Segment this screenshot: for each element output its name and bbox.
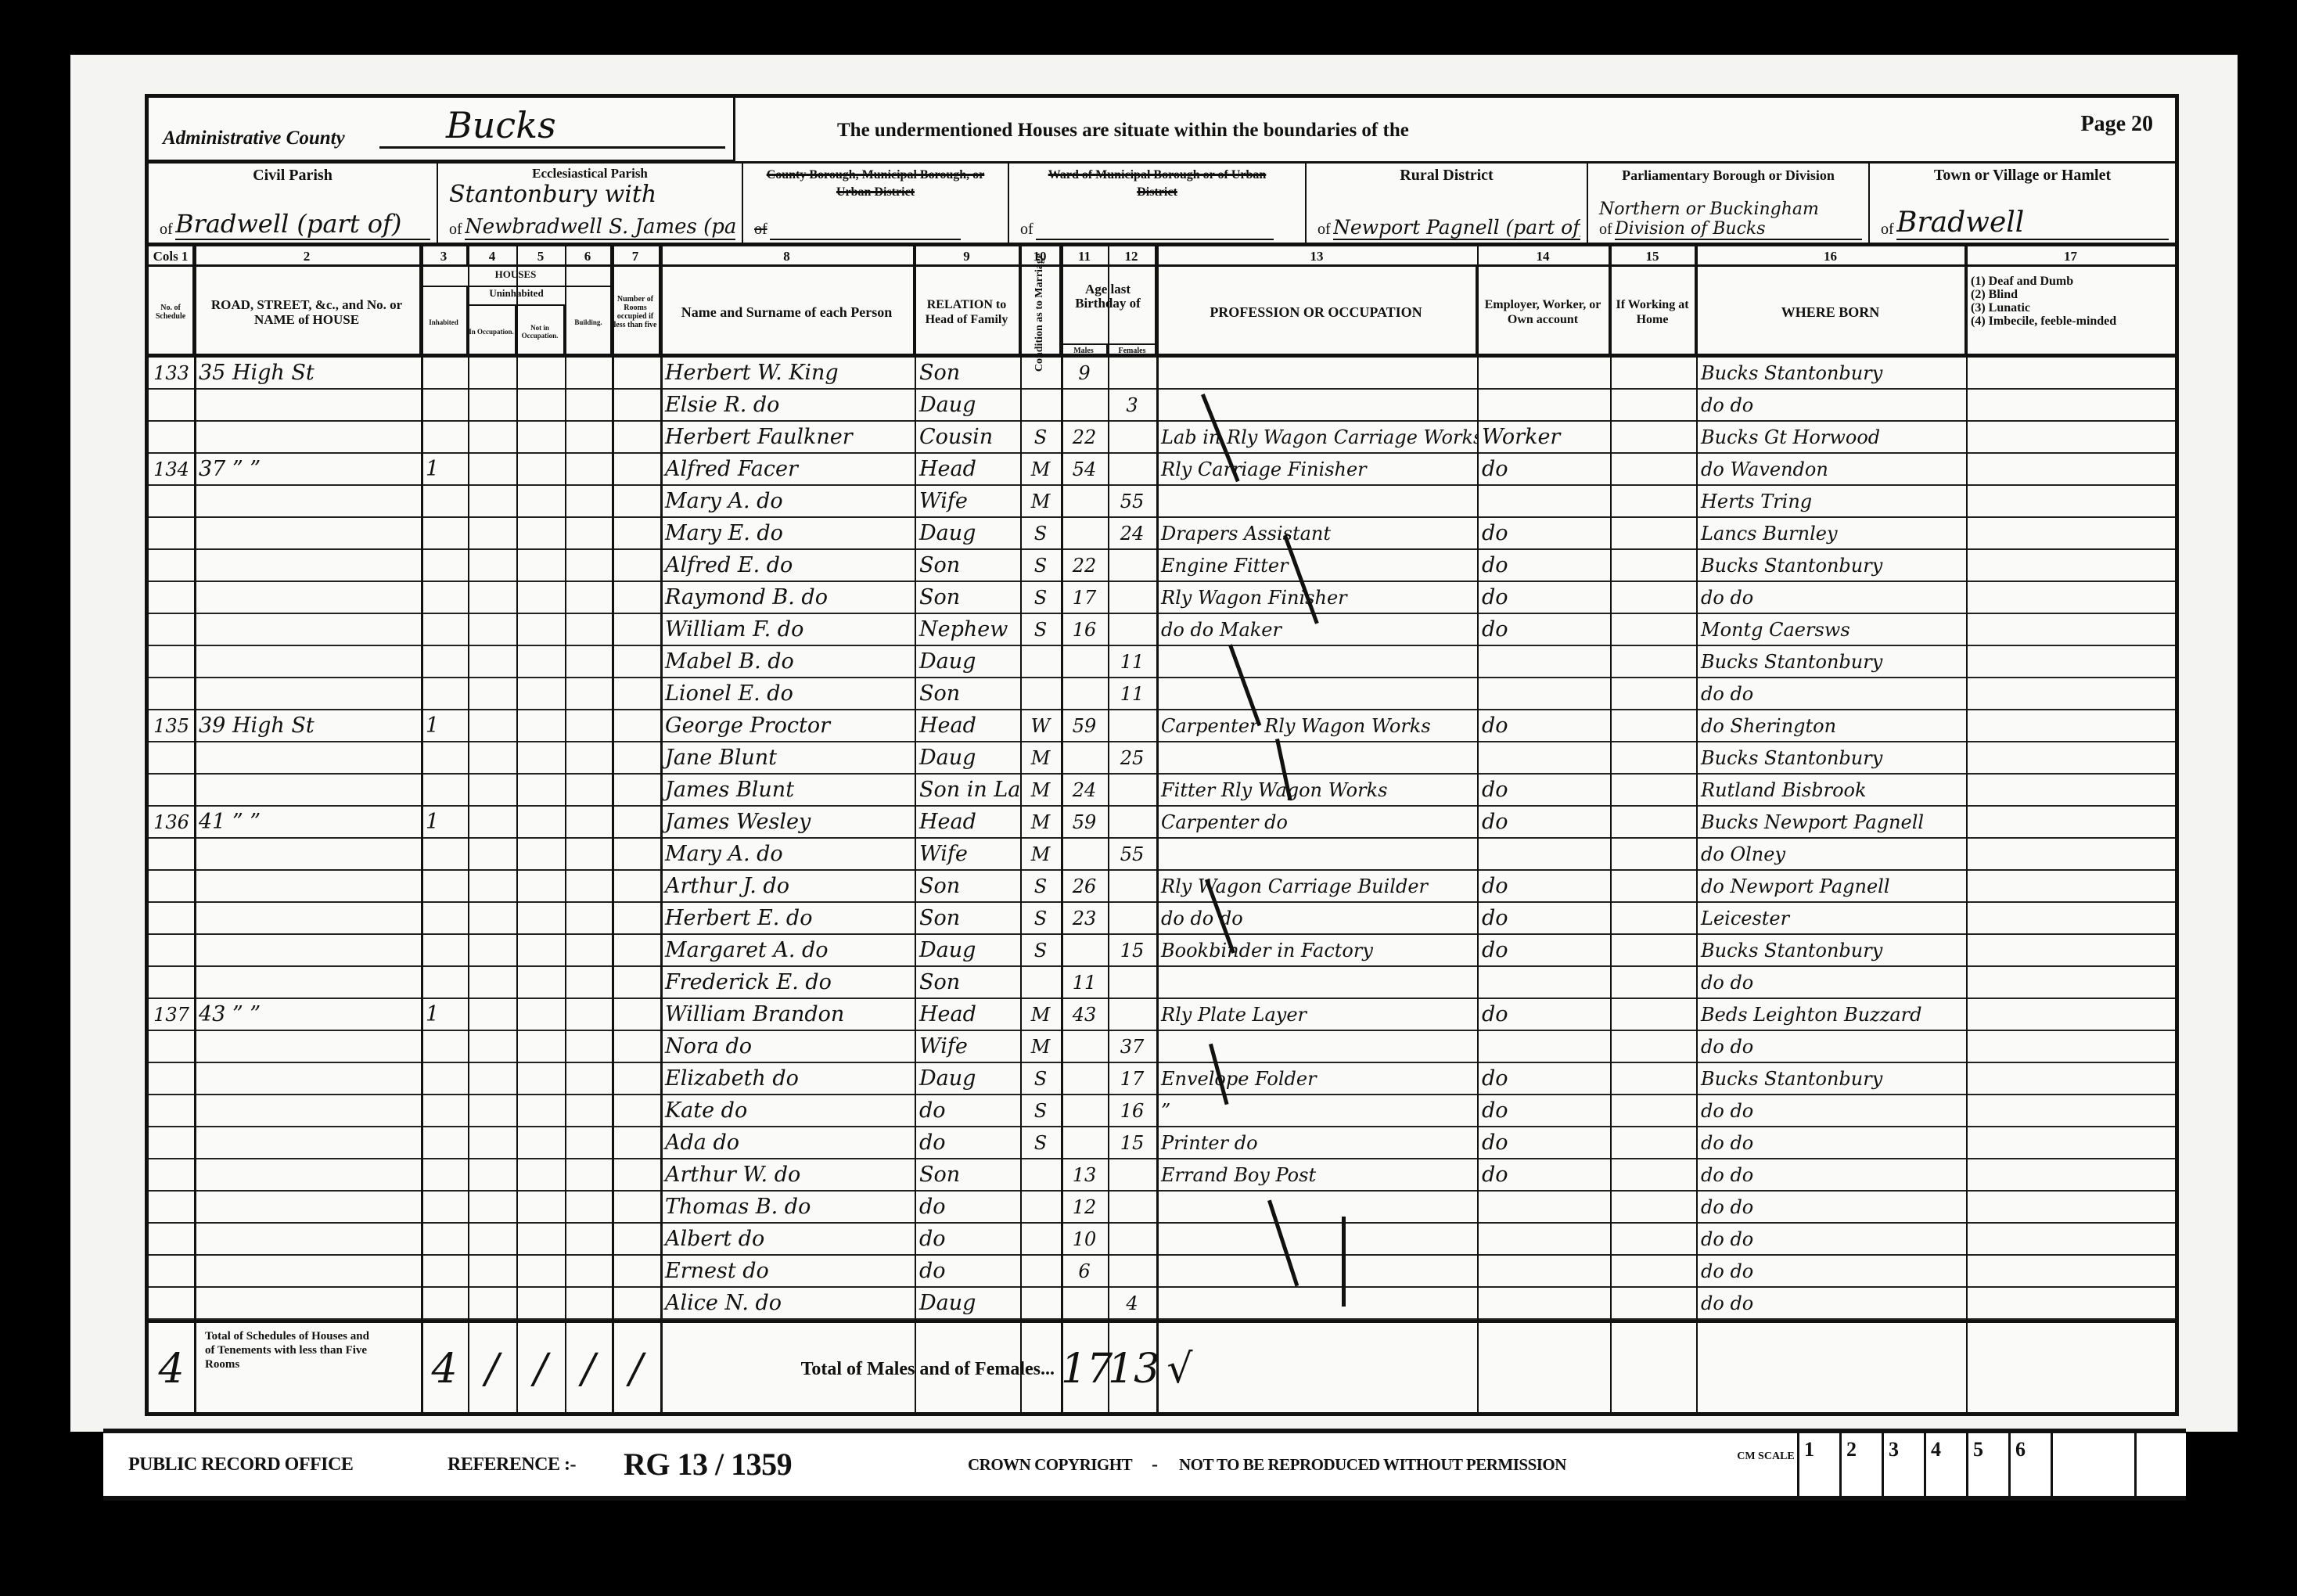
row-age-male: 59 — [1061, 807, 1108, 837]
row-age-male: 24 — [1061, 775, 1108, 805]
row-relation: do — [915, 1256, 1020, 1286]
row-where-born: Bucks Stantonbury — [1696, 358, 1966, 388]
row-age-male — [1061, 1095, 1108, 1126]
ecclesiastical-parish-value-line1: Stantonbury with — [449, 181, 735, 208]
row-address — [194, 422, 421, 452]
row-inhabited — [421, 486, 468, 516]
table-row: Alfred E. doSonS22Engine FitterdoBucks S… — [149, 550, 2175, 582]
table-row: Mary E. doDaugS24Drapers AssistantdoLanc… — [149, 518, 2175, 550]
row-age-female — [1108, 775, 1156, 805]
row-address — [194, 582, 421, 613]
row-where-born: do do — [1696, 390, 1966, 420]
county-borough-label: County Borough, Municipal Borough, or Ur… — [743, 167, 1008, 201]
row-condition — [1020, 358, 1061, 388]
row-name: Herbert Faulkner — [660, 422, 915, 452]
column-divider — [194, 246, 196, 1412]
row-occupation — [1156, 1192, 1477, 1222]
row-employer: do — [1477, 582, 1610, 613]
scale-mark: 5 — [1966, 1433, 2008, 1496]
row-relation: Head — [915, 454, 1020, 484]
row-inhabited — [421, 871, 468, 901]
row-condition — [1020, 1288, 1061, 1318]
table-row: Raymond B. doSonS17Rly Wagon Finisherdod… — [149, 582, 2175, 614]
of-label: of — [1317, 221, 1331, 239]
row-employer — [1477, 358, 1610, 388]
total-males: 17 — [1061, 1323, 1108, 1415]
row-name: James Blunt — [660, 775, 915, 805]
row-address — [194, 390, 421, 420]
row-employer: do — [1477, 1063, 1610, 1094]
row-occupation: Rly Carriage Finisher — [1156, 454, 1477, 484]
col-number: 12 — [1108, 246, 1156, 267]
row-schedule: 137 — [149, 999, 194, 1030]
header-in-occupation: In Occupation. — [468, 306, 516, 358]
row-relation: Daug — [915, 742, 1020, 773]
civil-parish-value: Bradwell (part of) — [175, 209, 430, 240]
row-age-female — [1108, 454, 1156, 484]
row-address — [194, 742, 421, 773]
row-occupation — [1156, 486, 1477, 516]
row-age-male: 26 — [1061, 871, 1108, 901]
column-divider — [1477, 246, 1479, 1412]
row-occupation: Carpenter Rly Wagon Works — [1156, 710, 1477, 741]
row-occupation — [1156, 358, 1477, 388]
row-where-born: do do — [1696, 1127, 1966, 1158]
permission-label: NOT TO BE REPRODUCED WITHOUT PERMISSION — [1179, 1433, 1566, 1496]
row-age-male: 9 — [1061, 358, 1108, 388]
rural-district-value: Newport Pagnell (part of) — [1333, 216, 1580, 240]
census-rows: 13335 High StHerbert W. KingSon9Bucks St… — [149, 358, 2175, 1320]
row-age-female: 37 — [1108, 1031, 1156, 1062]
row-inhabited: 1 — [421, 807, 468, 837]
row-address — [194, 1256, 421, 1286]
office-label: PUBLIC RECORD OFFICE — [128, 1433, 353, 1496]
row-age-male: 22 — [1061, 550, 1108, 581]
reference-label: REFERENCE :- — [448, 1433, 576, 1496]
row-name: Arthur W. do — [660, 1159, 915, 1190]
column-numbers: Cols 1 2 3 4 5 6 7 8 9 10 11 12 13 14 15… — [149, 246, 2175, 267]
column-divider — [612, 246, 614, 1412]
row-relation: Wife — [915, 1031, 1020, 1062]
row-schedule: 133 — [149, 358, 194, 388]
row-where-born: Leicester — [1696, 903, 1966, 933]
administrative-county-value: Bucks — [446, 104, 556, 146]
row-age-male — [1061, 486, 1108, 516]
header-infirmity: (1) Deaf and Dumb (2) Blind (3) Lunatic … — [1966, 267, 2175, 358]
town-village-hamlet: Town or Village or Hamlet of Bradwell — [1870, 164, 2175, 246]
row-where-born: Lancs Burnley — [1696, 518, 1966, 548]
row-inhabited — [421, 614, 468, 645]
row-employer: do — [1477, 1159, 1610, 1190]
row-occupation: Carpenter do — [1156, 807, 1477, 837]
ward-label: Ward of Municipal Borough or of Urban Di… — [1009, 167, 1305, 201]
header-females: Females — [1108, 343, 1156, 358]
row-relation: Head — [915, 710, 1020, 741]
row-condition: M — [1020, 999, 1061, 1030]
row-employer — [1477, 1224, 1610, 1254]
row-age-male: 10 — [1061, 1224, 1108, 1254]
row-condition: S — [1020, 550, 1061, 581]
row-schedule: 134 — [149, 454, 194, 484]
row-age-female — [1108, 582, 1156, 613]
col-number: 9 — [915, 246, 1020, 267]
col-number: 16 — [1696, 246, 1966, 267]
row-employer: do — [1477, 903, 1610, 933]
row-inhabited — [421, 839, 468, 869]
row-name: Alfred Facer — [660, 454, 915, 484]
column-divider — [1696, 246, 1698, 1412]
col-number: 6 — [565, 246, 612, 267]
row-occupation: Lab in Rly Wagon Carriage Works — [1156, 422, 1477, 452]
row-employer: do — [1477, 935, 1610, 965]
row-inhabited — [421, 646, 468, 677]
column-divider — [915, 246, 916, 1412]
row-occupation — [1156, 1256, 1477, 1286]
total-males-females-label: Total of Males and of Females... — [660, 1323, 1061, 1415]
row-employer: do — [1477, 710, 1610, 741]
row-schedule — [149, 935, 194, 965]
row-where-born: do Newport Pagnell — [1696, 871, 1966, 901]
row-where-born: do do — [1696, 582, 1966, 613]
row-inhabited — [421, 935, 468, 965]
row-age-male: 11 — [1061, 967, 1108, 997]
row-age-male: 17 — [1061, 582, 1108, 613]
table-row: Frederick E. doSon11do do — [149, 967, 2175, 999]
row-schedule — [149, 646, 194, 677]
row-occupation: Fitter Rly Wagon Works — [1156, 775, 1477, 805]
row-occupation: Drapers Assistant — [1156, 518, 1477, 548]
row-where-born: do do — [1696, 1224, 1966, 1254]
row-relation: Daug — [915, 646, 1020, 677]
row-address — [194, 1095, 421, 1126]
column-divider — [1156, 246, 1159, 1412]
col-number: 13 — [1156, 246, 1477, 267]
row-age-male: 6 — [1061, 1256, 1108, 1286]
row-address: 39 High St — [194, 710, 421, 741]
row-occupation: Envelope Folder — [1156, 1063, 1477, 1094]
table-row: Arthur J. doSonS26Rly Wagon Carriage Bui… — [149, 871, 2175, 903]
row-condition — [1020, 678, 1061, 709]
row-relation: Wife — [915, 839, 1020, 869]
row-condition: S — [1020, 1127, 1061, 1158]
row-relation: Daug — [915, 390, 1020, 420]
row-inhabited — [421, 742, 468, 773]
row-inhabited: 1 — [421, 710, 468, 741]
row-address: 41 ” ” — [194, 807, 421, 837]
table-row: 13641 ” ”1James WesleyHeadM59Carpenter d… — [149, 807, 2175, 839]
row-address — [194, 678, 421, 709]
row-where-born: Bucks Newport Pagnell — [1696, 807, 1966, 837]
row-schedule — [149, 518, 194, 548]
row-address — [194, 1224, 421, 1254]
column-divider — [1061, 246, 1063, 1412]
column-divider — [1966, 246, 1968, 1412]
row-schedule — [149, 422, 194, 452]
row-inhabited — [421, 1159, 468, 1190]
row-employer: do — [1477, 871, 1610, 901]
row-employer — [1477, 742, 1610, 773]
col-number: 2 — [194, 246, 421, 267]
row-name: Herbert W. King — [660, 358, 915, 388]
row-condition: S — [1020, 422, 1061, 452]
parliamentary-borough-value: Division of Bucks — [1615, 219, 1862, 240]
ward-value — [1036, 239, 1274, 240]
row-where-born: Bucks Stantonbury — [1696, 935, 1966, 965]
row-relation: Son — [915, 550, 1020, 581]
row-name: Albert do — [660, 1224, 915, 1254]
table-row: Albert dodo10do do — [149, 1224, 2175, 1256]
row-employer: Worker — [1477, 422, 1610, 452]
row-address — [194, 871, 421, 901]
ecclesiastical-parish-label: Ecclesiastical Parish — [438, 165, 742, 182]
row-occupation: Rly Wagon Carriage Builder — [1156, 871, 1477, 901]
row-age-female: 11 — [1108, 678, 1156, 709]
row-name: Margaret A. do — [660, 935, 915, 965]
row-schedule — [149, 614, 194, 645]
row-occupation — [1156, 1031, 1477, 1062]
header-employer: Employer, Worker, or Own account — [1477, 267, 1610, 358]
ward: Ward of Municipal Borough or of Urban Di… — [1009, 164, 1307, 246]
header-where-born: WHERE BORN — [1696, 267, 1966, 358]
row-occupation: Rly Wagon Finisher — [1156, 582, 1477, 613]
row-address — [194, 486, 421, 516]
table-row: Jane BluntDaugM25Bucks Stantonbury — [149, 742, 2175, 775]
column-divider — [1108, 246, 1109, 1412]
row-age-female: 25 — [1108, 742, 1156, 773]
row-schedule — [149, 582, 194, 613]
row-age-female: 17 — [1108, 1063, 1156, 1094]
row-occupation — [1156, 967, 1477, 997]
row-employer: do — [1477, 518, 1610, 548]
row-schedule — [149, 967, 194, 997]
row-age-male — [1061, 935, 1108, 965]
table-row: Margaret A. doDaugS15Bookbinder in Facto… — [149, 935, 2175, 967]
rural-district: Rural District of Newport Pagnell (part … — [1307, 164, 1588, 246]
column-divider — [660, 246, 663, 1412]
row-relation: Daug — [915, 935, 1020, 965]
row-employer — [1477, 646, 1610, 677]
row-age-male: 12 — [1061, 1192, 1108, 1222]
scale-mark — [2051, 1433, 2137, 1496]
row-relation: do — [915, 1224, 1020, 1254]
row-address: 37 ” ” — [194, 454, 421, 484]
row-age-male: 43 — [1061, 999, 1108, 1030]
col-number: 14 — [1477, 246, 1610, 267]
header-inhabited: Inhabited — [421, 287, 468, 358]
row-relation: Son — [915, 903, 1020, 933]
col-number: 8 — [660, 246, 915, 267]
row-age-female — [1108, 550, 1156, 581]
row-condition: S — [1020, 518, 1061, 548]
column-divider — [421, 246, 423, 1412]
row-schedule — [149, 1256, 194, 1286]
row-name: Alfred E. do — [660, 550, 915, 581]
header-houses: HOUSES — [421, 268, 610, 287]
row-name: Raymond B. do — [660, 582, 915, 613]
row-age-male — [1061, 1127, 1108, 1158]
row-employer — [1477, 839, 1610, 869]
row-inhabited — [421, 422, 468, 452]
row-age-female — [1108, 903, 1156, 933]
row-name: Lionel E. do — [660, 678, 915, 709]
row-relation: Daug — [915, 1288, 1020, 1318]
row-age-female — [1108, 614, 1156, 645]
row-inhabited — [421, 903, 468, 933]
row-employer: do — [1477, 1127, 1610, 1158]
row-name: Ernest do — [660, 1256, 915, 1286]
of-label: of — [449, 221, 462, 239]
row-age-female: 24 — [1108, 518, 1156, 548]
header-building: Building. — [565, 287, 612, 358]
row-age-female — [1108, 807, 1156, 837]
row-age-male — [1061, 1288, 1108, 1318]
row-schedule — [149, 775, 194, 805]
header-working-at-home: If Working at Home — [1610, 267, 1696, 358]
row-occupation: Rly Plate Layer — [1156, 999, 1477, 1030]
table-row: Elsie R. doDaug3do do — [149, 390, 2175, 422]
row-age-female — [1108, 358, 1156, 388]
col-number: 5 — [516, 246, 565, 267]
row-age-female: 55 — [1108, 486, 1156, 516]
row-condition — [1020, 1256, 1061, 1286]
row-age-female: 16 — [1108, 1095, 1156, 1126]
row-age-male — [1061, 646, 1108, 677]
row-where-born: do do — [1696, 1192, 1966, 1222]
row-where-born: Herts Tring — [1696, 486, 1966, 516]
scale-label: CM SCALE — [1734, 1433, 1797, 1496]
row-address — [194, 839, 421, 869]
row-inhabited — [421, 1288, 468, 1318]
row-age-female — [1108, 871, 1156, 901]
row-where-born: Montg Caersws — [1696, 614, 1966, 645]
row-schedule — [149, 550, 194, 581]
header-males: Males — [1061, 343, 1108, 358]
row-employer: do — [1477, 999, 1610, 1030]
row-inhabited — [421, 678, 468, 709]
row-address — [194, 935, 421, 965]
row-occupation — [1156, 1288, 1477, 1318]
row-condition — [1020, 1192, 1061, 1222]
row-condition: M — [1020, 839, 1061, 869]
row-address — [194, 1288, 421, 1318]
table-row: 13539 High St1George ProctorHeadW59Carpe… — [149, 710, 2175, 742]
row-employer — [1477, 678, 1610, 709]
row-age-female: 15 — [1108, 1127, 1156, 1158]
of-label: of — [1599, 221, 1612, 239]
table-row: Herbert E. doSonS23do do dodoLeicester — [149, 903, 2175, 935]
table-row: William F. doNephewS16do do MakerdoMontg… — [149, 614, 2175, 646]
row-age-female — [1108, 1256, 1156, 1286]
table-row: Herbert FaulknerCousinS22Lab in Rly Wago… — [149, 422, 2175, 454]
row-where-born: do do — [1696, 1256, 1966, 1286]
header-address: ROAD, STREET, &c., and No. or NAME of HO… — [194, 267, 421, 358]
row-inhabited — [421, 390, 468, 420]
row-occupation: Printer do — [1156, 1127, 1477, 1158]
row-occupation — [1156, 646, 1477, 677]
town-value: Bradwell — [1896, 207, 2169, 240]
row-schedule — [149, 742, 194, 773]
row-inhabited — [421, 1224, 468, 1254]
row-name: William Brandon — [660, 999, 915, 1030]
row-address — [194, 1031, 421, 1062]
row-condition — [1020, 1224, 1061, 1254]
row-where-born: Rutland Bisbrook — [1696, 775, 1966, 805]
row-address — [194, 1159, 421, 1190]
row-age-female — [1108, 1192, 1156, 1222]
row-name: Nora do — [660, 1031, 915, 1062]
col-number: 15 — [1610, 246, 1696, 267]
row-employer: do — [1477, 454, 1610, 484]
table-row: Thomas B. dodo12do do — [149, 1192, 2175, 1224]
row-relation: Head — [915, 807, 1020, 837]
table-row: Mabel B. doDaug11Bucks Stantonbury — [149, 646, 2175, 678]
row-where-born: Bucks Stantonbury — [1696, 1063, 1966, 1094]
row-where-born: do do — [1696, 1159, 1966, 1190]
county-borough: County Borough, Municipal Borough, or Ur… — [743, 164, 1009, 246]
row-employer: do — [1477, 614, 1610, 645]
cm-scale: CM SCALE 1 2 3 4 5 6 — [1734, 1433, 2137, 1496]
row-relation: Son — [915, 678, 1020, 709]
row-age-female: 4 — [1108, 1288, 1156, 1318]
administrative-county-label: Administrative County — [163, 128, 345, 149]
row-schedule — [149, 1224, 194, 1254]
of-label: of — [754, 221, 767, 239]
civil-parish-label: Civil Parish — [149, 167, 437, 184]
row-occupation: ” — [1156, 1095, 1477, 1126]
row-condition — [1020, 1159, 1061, 1190]
row-condition: S — [1020, 903, 1061, 933]
row-relation: Cousin — [915, 422, 1020, 452]
row-address — [194, 518, 421, 548]
header-relation: RELATION to Head of Family — [915, 267, 1020, 358]
total-schedules: 4 — [149, 1323, 194, 1415]
row-employer — [1477, 1256, 1610, 1286]
row-relation: Son in Law — [915, 775, 1020, 805]
row-schedule — [149, 1288, 194, 1318]
table-row: Kate dodoS16”dodo do — [149, 1095, 2175, 1127]
row-name: Herbert E. do — [660, 903, 915, 933]
row-address — [194, 967, 421, 997]
scale-mark: 2 — [1839, 1433, 1882, 1496]
row-condition — [1020, 967, 1061, 997]
row-age-female — [1108, 1159, 1156, 1190]
row-relation: Head — [915, 999, 1020, 1030]
column-headers: No. of Schedule ROAD, STREET, &c., and N… — [149, 267, 2175, 358]
row-schedule — [149, 1159, 194, 1190]
row-condition: S — [1020, 935, 1061, 965]
header-rooms: Number of Rooms occupied if less than fi… — [612, 267, 660, 358]
row-schedule — [149, 1095, 194, 1126]
row-where-born: do do — [1696, 967, 1966, 997]
row-relation: Daug — [915, 518, 1020, 548]
row-age-male — [1061, 390, 1108, 420]
row-age-male: 54 — [1061, 454, 1108, 484]
row-relation: Daug — [915, 1063, 1020, 1094]
column-divider — [468, 246, 469, 1412]
row-inhabited — [421, 582, 468, 613]
row-where-born: do Olney — [1696, 839, 1966, 869]
row-occupation: Errand Boy Post — [1156, 1159, 1477, 1190]
row-condition: M — [1020, 807, 1061, 837]
total-rooms: / — [612, 1323, 660, 1415]
row-employer — [1477, 1288, 1610, 1318]
row-occupation: do do do — [1156, 903, 1477, 933]
row-where-born: Bucks Stantonbury — [1696, 742, 1966, 773]
row-relation: Son — [915, 582, 1020, 613]
row-age-male: 16 — [1061, 614, 1108, 645]
row-age-female — [1108, 710, 1156, 741]
row-name: Mary A. do — [660, 486, 915, 516]
